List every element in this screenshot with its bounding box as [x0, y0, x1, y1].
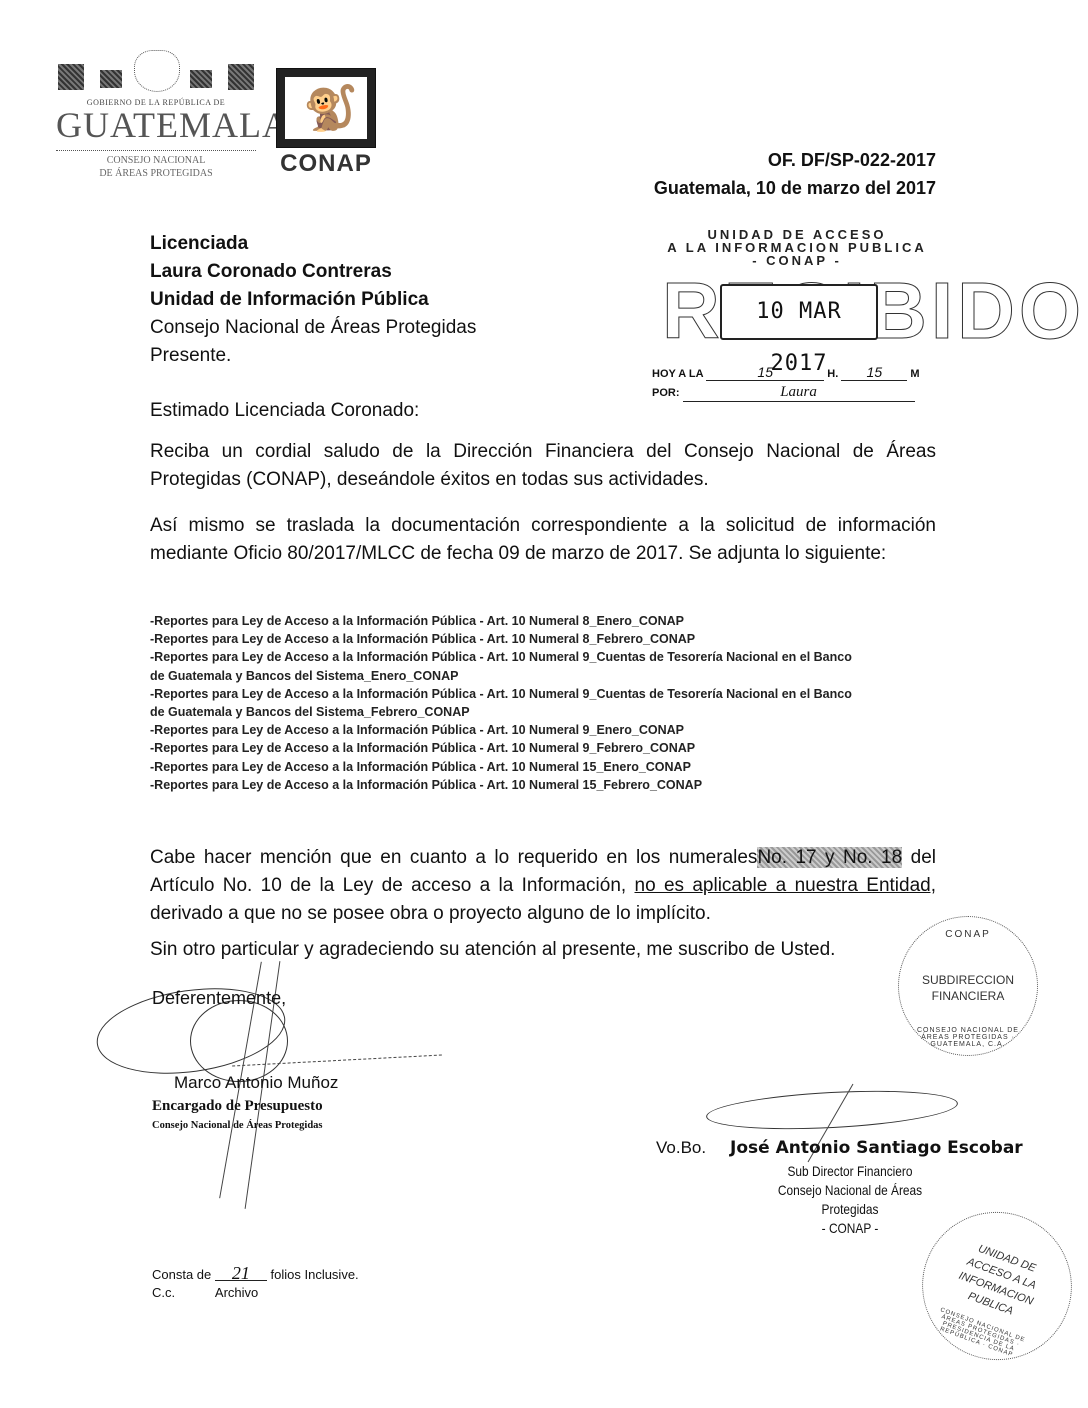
stamp-hour-value: 15 — [706, 364, 824, 381]
seal-financiera: CONAP SUBDIRECCION FINANCIERA CONSEJO NA… — [898, 916, 1038, 1056]
vobo-label: Vo.Bo. — [656, 1138, 706, 1158]
attachment-item: -Reportes para Ley de Acceso a la Inform… — [150, 739, 950, 757]
attachment-item: -Reportes para Ley de Acceso a la Inform… — [150, 776, 950, 794]
received-stamp: UNIDAD DE ACCESO A LA INFORMACION PUBLIC… — [652, 228, 942, 408]
attachment-item: de Guatemala y Bancos del Sistema_Febrer… — [150, 703, 950, 721]
signer2-block: Sub Director Financiero Consejo Nacional… — [748, 1162, 952, 1238]
stamp-hour-line: HOY A LA 15 H. 15 M — [652, 364, 920, 381]
stamp-minute-value: 15 — [841, 364, 907, 381]
government-name: GUATEMALA — [56, 104, 256, 146]
conap-logo-frame: 🐒 — [276, 68, 376, 148]
recipient-unit: Unidad de Información Pública — [150, 289, 429, 310]
attachment-item: -Reportes para Ley de Acceso a la Inform… — [150, 685, 950, 703]
council-name: CONSEJO NACIONAL DE ÁREAS PROTEGIDAS — [56, 154, 256, 180]
paragraph-request: Así mismo se traslada la documentación c… — [150, 512, 936, 568]
signer1-organization: Consejo Nacional de Áreas Protegidas — [152, 1120, 323, 1131]
attachment-item: -Reportes para Ley de Acceso a la Inform… — [150, 721, 950, 739]
seal-line-1: SUBDIRECCION — [899, 973, 1037, 987]
seal-ring-text: CONSEJO NACIONAL DE ÁREAS PROTEGIDAS · G… — [899, 1027, 1037, 1048]
guatemala-logo: GOBIERNO DE LA REPÚBLICA DE GUATEMALA CO… — [56, 50, 256, 185]
folios-count: 21 — [215, 1266, 267, 1281]
seal-top-text: CONAP — [899, 929, 1037, 940]
recipient-presente: Presente. — [150, 342, 476, 370]
highlighted-numerals: No. 17 y No. 18 — [757, 847, 902, 868]
flag-band-icon — [190, 70, 212, 88]
folios-label: folios Inclusive. — [271, 1267, 359, 1282]
underlined-statement: no es aplicable a nuestra Entidad, — [635, 875, 937, 896]
coat-of-arms-icon — [134, 50, 180, 92]
signature-scribble — [190, 1000, 288, 1082]
signer2-title: Sub Director Financiero — [748, 1162, 952, 1181]
signer2-organization: Consejo Nacional de Áreas Protegidas — [748, 1181, 952, 1219]
paragraph-greeting: Reciba un cordial saludo de la Dirección… — [150, 438, 936, 494]
cc-value: Archivo — [215, 1285, 258, 1300]
conap-logo: 🐒 CONAP — [276, 68, 376, 176]
footer: Consta de 21 folios Inclusive. C.c. Arch… — [152, 1266, 359, 1302]
conap-logo-text: CONAP — [276, 150, 376, 178]
attachment-item: -Reportes para Ley de Acceso a la Inform… — [150, 758, 950, 776]
council-line-1: CONSEJO NACIONAL — [56, 154, 256, 167]
consta-label: Consta de — [152, 1267, 211, 1282]
attachment-item: -Reportes para Ley de Acceso a la Inform… — [150, 648, 950, 666]
reference-number: OF. DF/SP-022-2017 — [768, 150, 936, 171]
stamp-por-line: POR: Laura — [652, 384, 915, 402]
salutation: Estimado Licenciada Coronado: — [150, 397, 419, 425]
monkey-icon: 🐒 — [303, 83, 358, 135]
attachment-item: de Guatemala y Bancos del Sistema_Enero_… — [150, 667, 950, 685]
stamp-por-value: Laura — [683, 384, 915, 402]
recipient-organization: Consejo Nacional de Áreas Protegidas — [150, 314, 476, 342]
seal-line-2: FINANCIERA — [899, 989, 1037, 1003]
closing: Sin otro particular y agradeciendo su at… — [150, 936, 936, 964]
stamp-date: 10 MAR 2017 — [720, 284, 878, 340]
signer2-name: José Antonio Santiago Escobar — [730, 1138, 1023, 1158]
signoff: Deferentemente, — [152, 984, 286, 1012]
recipient-title: Licenciada — [150, 233, 248, 254]
attachments-list: -Reportes para Ley de Acceso a la Inform… — [150, 612, 950, 794]
divider — [56, 150, 256, 151]
recipient-block: Licenciada Laura Coronado Contreras Unid… — [150, 230, 476, 370]
attachment-item: -Reportes para Ley de Acceso a la Inform… — [150, 630, 950, 648]
cc-label: C.c. — [152, 1284, 212, 1302]
place-date: Guatemala, 10 de marzo del 2017 — [654, 178, 936, 199]
signer1-name: Marco Antonio Muñoz — [174, 1073, 338, 1093]
flag-band-icon — [100, 70, 122, 88]
signature-scribble — [705, 1085, 959, 1134]
signer2-acronym: - CONAP - — [748, 1219, 952, 1238]
attachment-item: -Reportes para Ley de Acceso a la Inform… — [150, 612, 950, 630]
signer1-title: Encargado de Presupuesto — [152, 1098, 323, 1115]
council-line-2: DE ÁREAS PROTEGIDAS — [56, 167, 256, 180]
flag-band-icon — [228, 64, 254, 90]
recipient-name: Laura Coronado Contreras — [150, 261, 392, 282]
paragraph-mention: Cabe hacer mención que en cuanto a lo re… — [150, 844, 936, 928]
flag-band-icon — [58, 64, 84, 90]
